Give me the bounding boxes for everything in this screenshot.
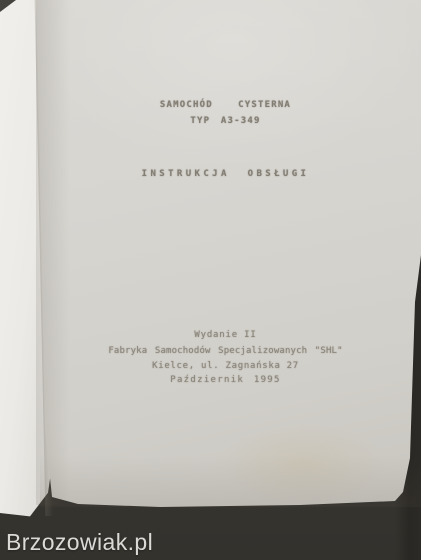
document-title-line1: SAMOCHÓD CYSTERNA (30, 100, 421, 111)
photo-of-document: SAMOCHÓD CYSTERNA TYP A3-349 INSTRUKCJA … (0, 0, 421, 560)
edition-line: Wydanie II (30, 330, 421, 341)
address-line: Kielce, ul. Zagnańska 27 (30, 361, 421, 372)
publisher-line: Fabryka Samochodów Specjalizowanych "SHL… (30, 346, 421, 357)
document-subtitle: INSTRUKCJA OBSŁUGI (30, 169, 421, 180)
date-line: Październik 1995 (30, 375, 421, 386)
watermark-text: Brzozowiak.pl (6, 529, 153, 556)
document-title-line2: TYP A3-349 (30, 116, 421, 127)
typewritten-text-block: SAMOCHÓD CYSTERNA TYP A3-349 INSTRUKCJA … (30, 0, 421, 560)
